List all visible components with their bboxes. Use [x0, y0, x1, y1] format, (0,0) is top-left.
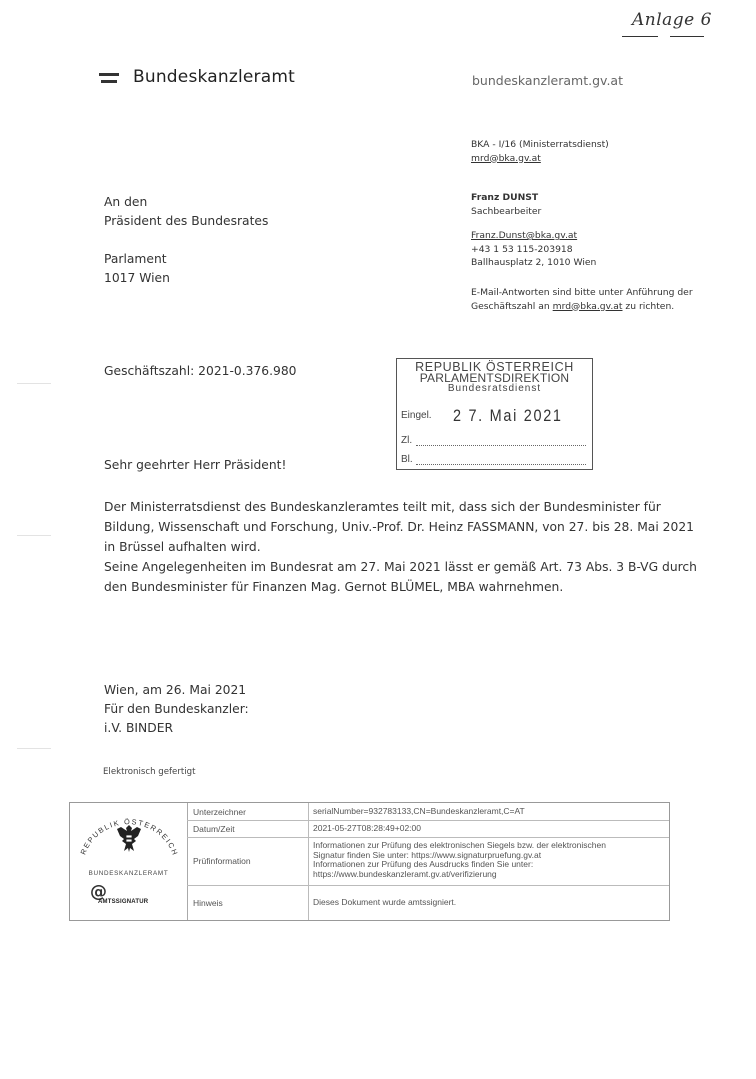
clerk-role: Sachbearbeiter: [471, 205, 541, 219]
official-seal: REPUBLIK ÖSTERREICH BUNDESKANZLERAMT @ A…: [70, 803, 188, 920]
paragraph: Seine Angelegenheiten im Bundesrat am 27…: [104, 557, 704, 597]
on-behalf: Für den Bundeskanzler:: [104, 700, 249, 719]
signature-row-note: Hinweis Dieses Dokument wurde amtssignie…: [187, 885, 669, 920]
austrian-eagle-icon: [116, 823, 142, 855]
signature-row-signer: Unterzeichner serialNumber=932783133,CN=…: [187, 803, 669, 821]
stamp-line: Bundesratsdienst: [397, 383, 592, 395]
clerk-email-link[interactable]: Franz.Dunst@bka.gv.at: [471, 229, 596, 243]
department-email-link[interactable]: mrd@bka.gv.at: [471, 152, 609, 166]
row-label: Hinweis: [193, 898, 223, 908]
row-label: Unterzeichner: [193, 807, 246, 817]
recipient-block: An den Präsident des Bundesrates: [104, 193, 268, 231]
recipient-line: Präsident des Bundesrates: [104, 212, 268, 231]
annex-underline: [670, 36, 704, 37]
verification-line: https://www.bundeskanzleramt.gv.at/verif…: [313, 870, 663, 880]
row-value: Informationen zur Prüfung des elektronis…: [313, 841, 663, 879]
stamp-bl-field: [416, 456, 586, 465]
phone-number: +43 1 53 115-203918: [471, 243, 596, 257]
handwritten-annex-label: Anlage 6: [618, 8, 712, 36]
salutation: Sehr geehrter Herr Präsident!: [104, 456, 286, 475]
stamp-zl-field: [416, 437, 586, 446]
austrian-flag-stripes-icon: [99, 72, 121, 86]
stamp-bl-label: Bl.: [401, 454, 413, 465]
row-value: 2021-05-27T08:28:49+02:00: [313, 824, 663, 834]
signature-row-verification: Prüfinformation Informationen zur Prüfun…: [187, 837, 669, 886]
place-date: Wien, am 26. Mai 2021: [104, 681, 249, 700]
official-signature-table: REPUBLIK ÖSTERREICH BUNDESKANZLERAMT @ A…: [69, 802, 670, 921]
closing-block: Wien, am 26. Mai 2021 Für den Bundeskanz…: [104, 681, 249, 738]
sender-department-block: BKA - I/16 (Ministerratsdienst) mrd@bka.…: [471, 138, 609, 165]
row-value: Dieses Dokument wurde amtssigniert.: [313, 898, 663, 908]
row-label: Datum/Zeit: [193, 824, 235, 834]
reply-note-line: Geschäftszahl an mrd@bka.gv.at zu richte…: [471, 300, 693, 314]
signatory: i.V. BINDER: [104, 719, 249, 738]
organization-website[interactable]: bundeskanzleramt.gv.at: [472, 73, 623, 88]
clerk-name: Franz DUNST: [471, 191, 541, 205]
row-value: serialNumber=932783133,CN=Bundeskanzlera…: [313, 807, 663, 817]
scan-mark: [17, 535, 51, 536]
reply-note-line: E-Mail-Antworten sind bitte unter Anführ…: [471, 286, 693, 300]
department-name: BKA - I/16 (Ministerratsdienst): [471, 138, 609, 152]
recipient-address: Parlament 1017 Wien: [104, 250, 170, 288]
stamp-received-date: 2 7. Mai 2021: [453, 406, 563, 426]
reply-note-text: zu richten.: [623, 301, 675, 312]
reply-email-link[interactable]: mrd@bka.gv.at: [553, 301, 623, 312]
reply-note: E-Mail-Antworten sind bitte unter Anführ…: [471, 286, 693, 313]
scan-mark: [17, 383, 51, 384]
address: Ballhausplatz 2, 1010 Wien: [471, 256, 596, 270]
recipient-line: 1017 Wien: [104, 269, 170, 288]
row-label: Prüfinformation: [193, 856, 251, 866]
stamp-zl-label: Zl.: [401, 435, 412, 446]
stamp-received-label: Eingel.: [401, 410, 432, 421]
annex-underline: [622, 36, 658, 37]
seal-brand: AMTSSIGNATUR: [98, 899, 148, 905]
annex-text: Anlage 6: [632, 10, 712, 30]
reply-note-text: Geschäftszahl an: [471, 301, 553, 312]
reference-number: Geschäftszahl: 2021-0.376.980: [104, 362, 297, 381]
paragraph: Der Ministerratsdienst des Bundeskanzler…: [104, 497, 704, 557]
recipient-line: An den: [104, 193, 268, 212]
received-stamp: REPUBLIK ÖSTERREICH PARLAMENTSDIREKTION …: [396, 358, 593, 470]
signature-row-datetime: Datum/Zeit 2021-05-27T08:28:49+02:00: [187, 820, 669, 838]
recipient-line: Parlament: [104, 250, 170, 269]
clerk-block: Franz DUNST Sachbearbeiter: [471, 191, 541, 218]
letter-body: Der Ministerratsdienst des Bundeskanzler…: [104, 497, 704, 597]
scan-mark: [17, 748, 51, 749]
electronic-signed-note: Elektronisch gefertigt: [103, 767, 195, 777]
seal-organization: BUNDESKANZLERAMT: [70, 870, 187, 877]
organization-name: Bundeskanzleramt: [133, 67, 295, 87]
contact-block: Franz.Dunst@bka.gv.at +43 1 53 115-20391…: [471, 229, 596, 270]
